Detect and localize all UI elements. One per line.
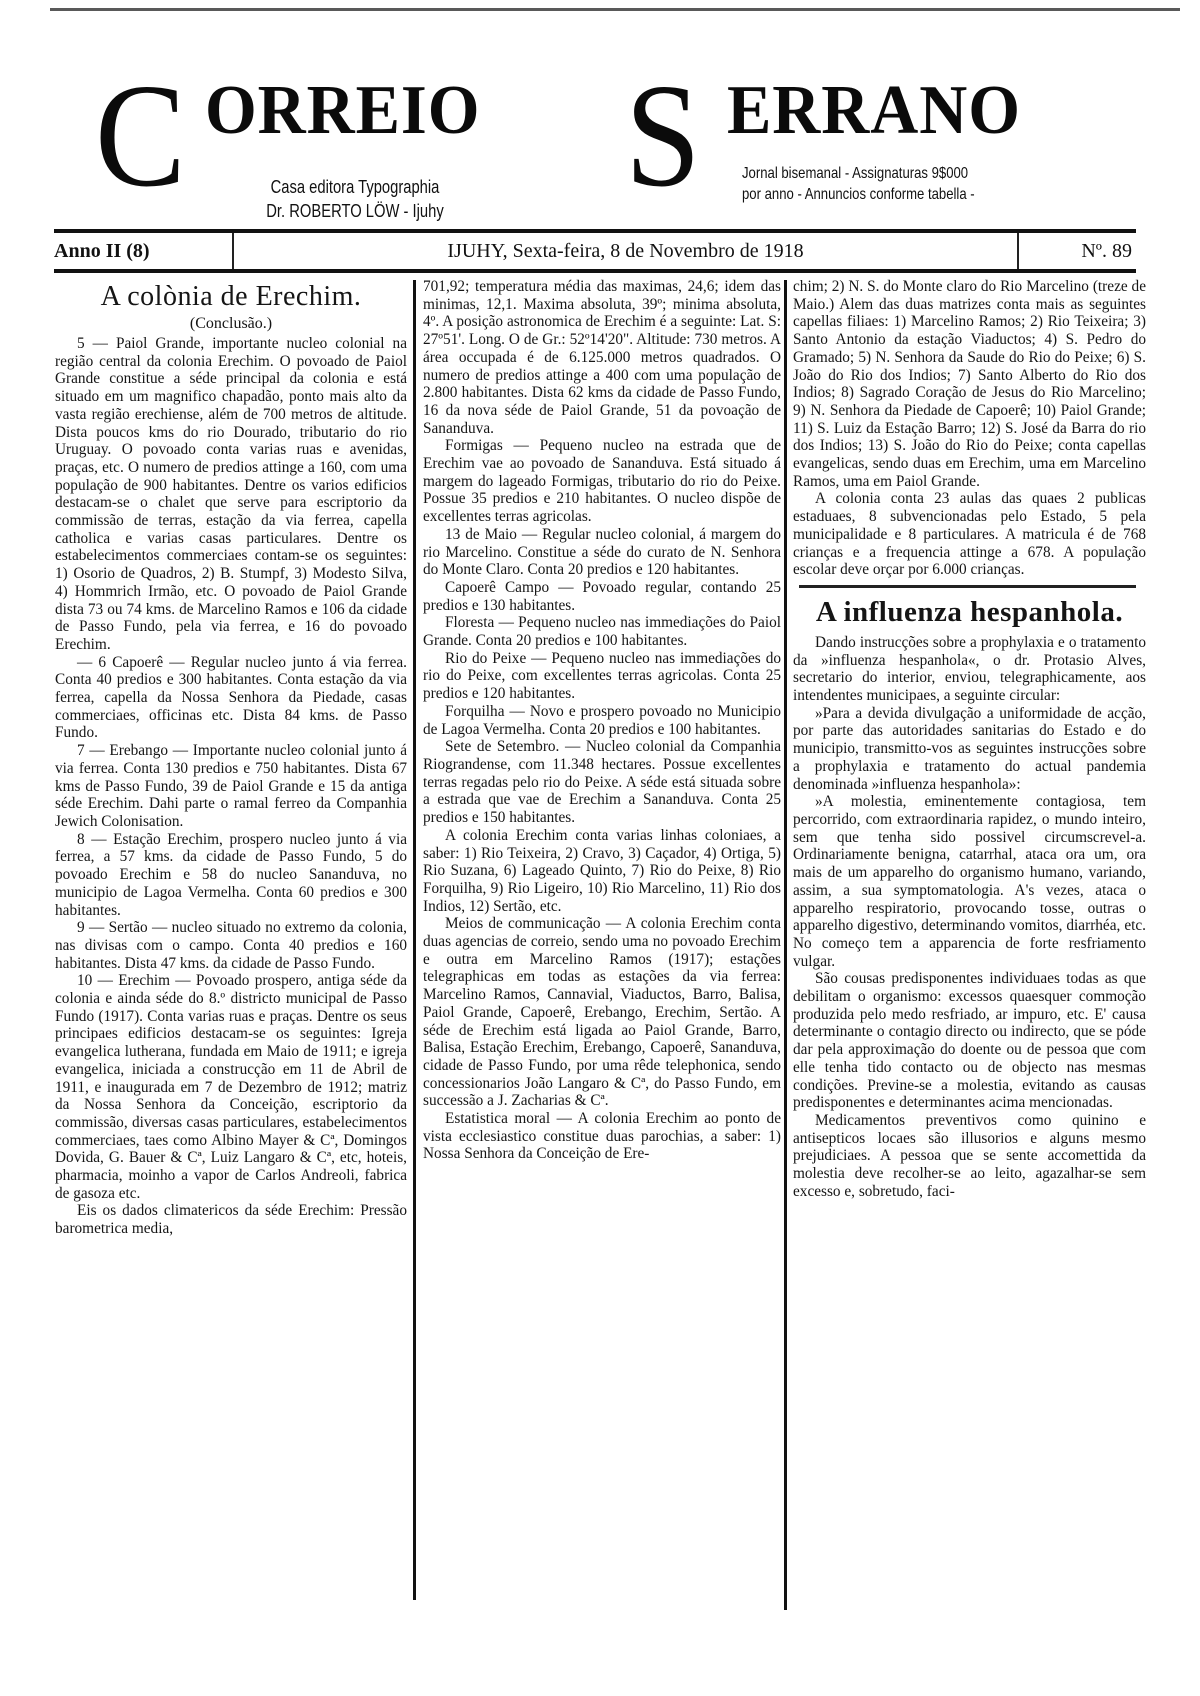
paragraph-influenza-causas: São cousas predisponentes individuaes to… bbox=[793, 970, 1146, 1112]
paragraph-estacao-erechim: 8 — Estação Erechim, prospero nucleo jun… bbox=[55, 831, 407, 920]
article-subtitle: (Conclusão.) bbox=[55, 314, 407, 334]
article-title-influenza: A influenza hespanhola. bbox=[793, 594, 1146, 630]
paragraph-forquilha: Forquilha — Novo e prospero povoado no M… bbox=[423, 703, 781, 738]
subscription-line-1: Jornal bisemanal - Assignaturas 9$000 bbox=[742, 163, 1070, 184]
column-3: chim; 2) N. S. do Monte claro do Rio Mar… bbox=[793, 278, 1146, 1200]
paragraph-climate-cont: 701,92; temperatura média das maximas, 2… bbox=[423, 278, 781, 437]
publisher-info: Casa editora Typographia Dr. ROBERTO LÖW… bbox=[232, 175, 478, 223]
paragraph-aulas: A colonia conta 23 aulas das quaes 2 pub… bbox=[793, 490, 1146, 579]
paragraph-sertao: 9 — Sertão — nucleo situado no extremo d… bbox=[55, 919, 407, 972]
title-errano: ERRANO bbox=[727, 76, 1021, 146]
paragraph-rio-do-peixe: Rio do Peixe — Pequeno nucleo nas immedi… bbox=[423, 650, 781, 703]
paragraph-meios-communicacao: Meios de communicação — A colonia Erechi… bbox=[423, 915, 781, 1110]
article-separator bbox=[799, 585, 1136, 588]
paragraph-influenza-medicamentos: Medicamentos preventivos como quinino e … bbox=[793, 1112, 1146, 1201]
paragraph-capoere-campo: Capoerê Campo — Povoado regular, contand… bbox=[423, 579, 781, 614]
paragraph-estatistica-moral-cont: chim; 2) N. S. do Monte claro do Rio Mar… bbox=[793, 278, 1146, 490]
paragraph-climate-start: Eis os dados climatericos da séde Erechi… bbox=[55, 1202, 407, 1237]
column-rule-2 bbox=[784, 280, 787, 1610]
issue-year: Anno II (8) bbox=[54, 233, 234, 269]
issue-bar: Anno II (8) IJUHY, Sexta-feira, 8 de Nov… bbox=[54, 229, 1136, 273]
paragraph-floresta: Floresta — Pequeno nucleo nas immediaçõe… bbox=[423, 614, 781, 649]
article-title-erechim: A colònia de Erechim. bbox=[55, 280, 407, 314]
publisher-line-1: Casa editora Typographia bbox=[232, 175, 478, 199]
paragraph-erebango: 7 — Erebango — Importante nucleo colonia… bbox=[55, 742, 407, 831]
subscription-info: Jornal bisemanal - Assignaturas 9$000 po… bbox=[742, 163, 1070, 205]
paragraph-erechim: 10 — Erechim — Povoado prospero, antiga … bbox=[55, 972, 407, 1202]
paragraph-formigas: Formigas — Pequeno nucleo na estrada que… bbox=[423, 437, 781, 526]
publisher-line-2: Dr. ROBERTO LÖW - Ijuhy bbox=[232, 199, 478, 223]
issue-number: Nº. 89 bbox=[1019, 233, 1136, 269]
paragraph-estatistica-moral-start: Estatistica moral — A colonia Erechim ao… bbox=[423, 1110, 781, 1163]
paragraph-influenza-molestia: »A molestia, eminentemente contagiosa, t… bbox=[793, 793, 1146, 970]
paragraph-influenza-circular: »Para a devida divulgação a uniformidade… bbox=[793, 705, 1146, 794]
paragraph-influenza-intro: Dando instrucções sobre a prophylaxia e … bbox=[793, 634, 1146, 705]
column-1: A colònia de Erechim. (Conclusão.) 5 — P… bbox=[55, 278, 407, 1238]
top-border-rule bbox=[50, 8, 1180, 11]
issue-place-date: IJUHY, Sexta-feira, 8 de Novembro de 191… bbox=[234, 233, 1019, 269]
paragraph-sete-de-setembro: Sete de Setembro. — Nucleo colonial da C… bbox=[423, 738, 781, 827]
title-initial-c: C bbox=[95, 62, 187, 210]
paragraph-13-de-maio: 13 de Maio — Regular nucleo colonial, á … bbox=[423, 526, 781, 579]
title-orreio: ORREIO bbox=[205, 76, 480, 146]
paragraph-capoere: — 6 Capoerê — Regular nucleo junto á via… bbox=[55, 654, 407, 743]
column-2: 701,92; temperatura média das maximas, 2… bbox=[423, 278, 781, 1163]
paragraph-linhas-coloniaes: A colonia Erechim conta varias linhas co… bbox=[423, 827, 781, 916]
title-initial-s: S bbox=[625, 62, 702, 210]
column-rule-1 bbox=[413, 280, 416, 1600]
subscription-line-2: por anno - Annuncios conforme tabella - bbox=[742, 184, 1070, 205]
paragraph-paiol-grande: 5 — Paiol Grande, importante nucleo colo… bbox=[55, 335, 407, 654]
